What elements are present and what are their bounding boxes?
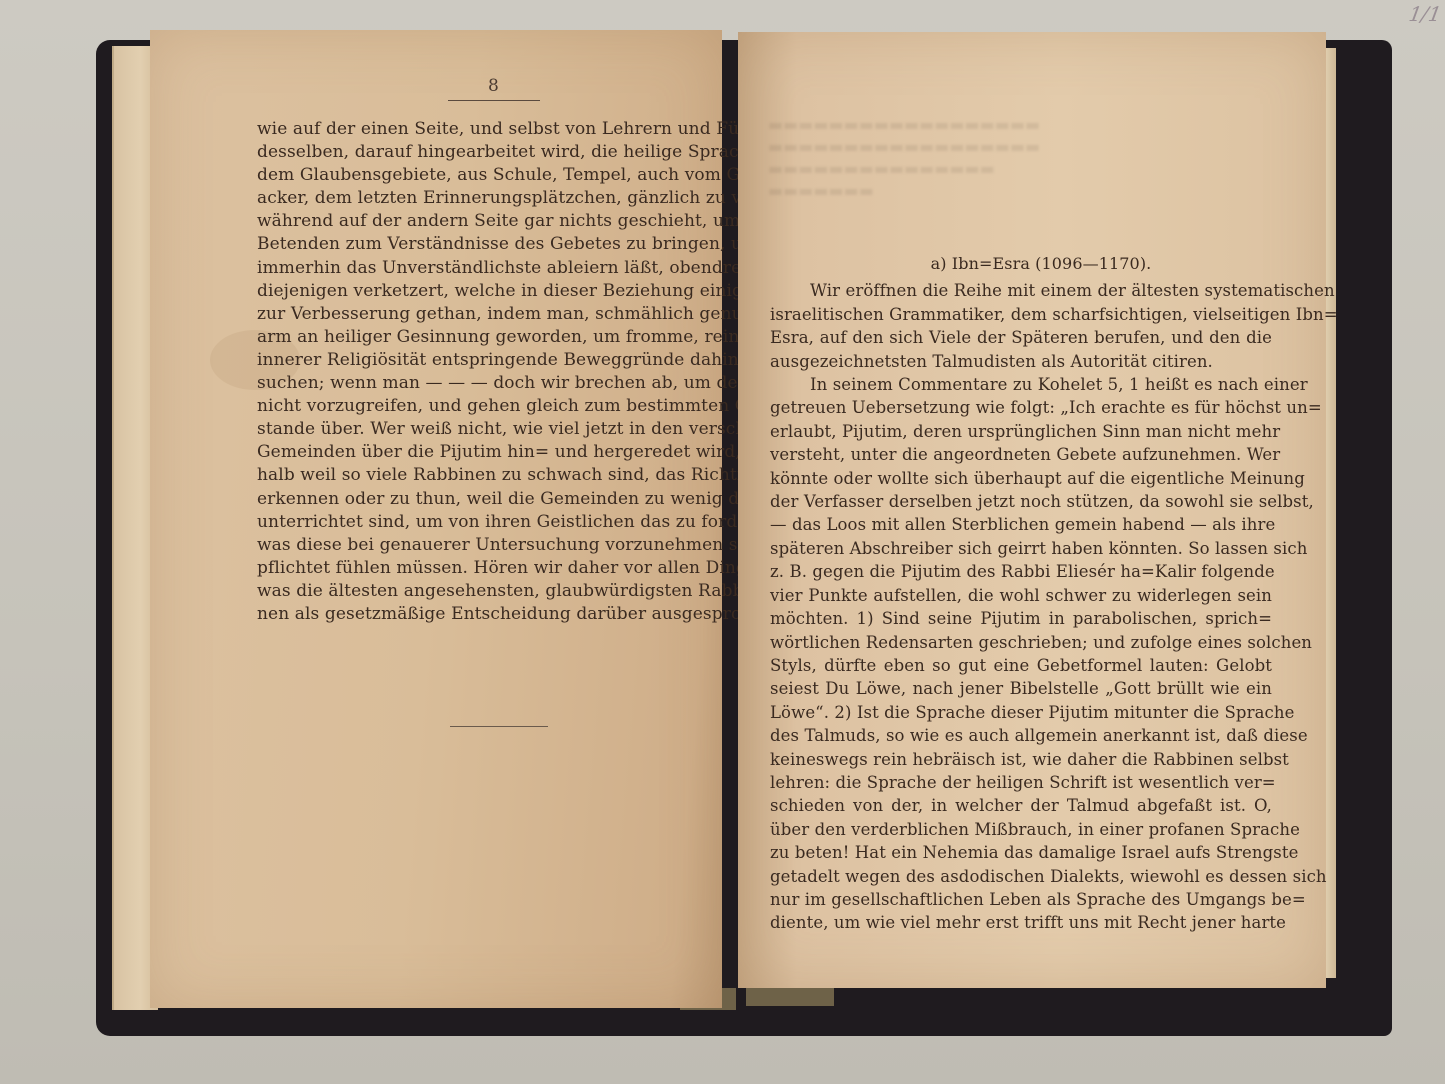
left-page: 8 wie auf der einen Seite, und selbst vo… (150, 30, 722, 1008)
text-line: zur Verbesserung gethan, indem man, schm… (257, 303, 731, 326)
text-line: nicht vorzugreifen, und gehen gleich zum… (257, 395, 731, 418)
text-line: nen als gesetzmäßige Entscheidung darübe… (257, 603, 731, 626)
text-line: innerer Religiösität entspringende Beweg… (257, 349, 731, 372)
text-line: zu beten! Hat ein Nehemia das damalige I… (770, 841, 1272, 864)
text-line: erlaubt, Pijutim, deren ursprünglichen S… (770, 420, 1272, 443)
text-line: wie auf der einen Seite, und selbst von … (257, 118, 731, 141)
section-end-rule (450, 726, 548, 727)
text-line: diente, um wie viel mehr erst trifft uns… (770, 911, 1272, 934)
text-line: nur im gesellschaftlichen Leben als Spra… (770, 888, 1272, 911)
text-line: Wir eröffnen die Reihe mit einem der ält… (770, 279, 1272, 302)
text-line: was diese bei genauerer Untersuchung vor… (257, 534, 731, 557)
text-line: könnte oder wollte sich überhaupt auf di… (770, 467, 1272, 490)
text-line: acker, dem letzten Erinnerungsplätzchen,… (257, 187, 731, 210)
text-line: Betenden zum Verständnisse des Gebetes z… (257, 233, 731, 256)
show-through-text: ▬▬▬▬▬▬▬▬▬▬▬▬▬▬▬▬▬▬▬▬▬▬▬▬▬▬▬▬▬▬▬▬▬▬▬▬▬▬▬▬… (768, 114, 1268, 202)
section-heading: a) Ibn=Esra (1096—1170). (770, 252, 1272, 275)
text-line: über den verderblichen Mißbrauch, in ein… (770, 818, 1272, 841)
page-number: 8 (488, 76, 499, 96)
text-line: späteren Abschreiber sich geirrt haben k… (770, 537, 1272, 560)
text-line: was die ältesten angesehensten, glaubwür… (257, 580, 731, 603)
right-page-text: a) Ibn=Esra (1096—1170). Wir eröffnen di… (770, 252, 1272, 935)
text-line: desselben, darauf hingearbeitet wird, di… (257, 141, 731, 164)
text-line: In seinem Commentare zu Kohelet 5, 1 hei… (770, 373, 1272, 396)
text-line: vier Punkte aufstellen, die wohl schwer … (770, 584, 1272, 607)
text-line: stande über. Wer weiß nicht, wie viel je… (257, 418, 731, 441)
text-line: keineswegs rein hebräisch ist, wie daher… (770, 748, 1272, 771)
text-line: wörtlichen Redensarten geschrieben; und … (770, 631, 1272, 654)
text-line: halb weil so viele Rabbinen zu schwach s… (257, 464, 731, 487)
text-line: — das Loos mit allen Sterblichen gemein … (770, 513, 1272, 536)
text-line: des Talmuds, so wie es auch allgemein an… (770, 724, 1272, 747)
text-line: der Verfasser derselben jetzt noch stütz… (770, 490, 1272, 513)
text-line: ausgezeichnetsten Talmudisten als Autori… (770, 350, 1272, 373)
text-line: Esra, auf den sich Viele der Späteren be… (770, 326, 1272, 349)
right-page: ▬▬▬▬▬▬▬▬▬▬▬▬▬▬▬▬▬▬▬▬▬▬▬▬▬▬▬▬▬▬▬▬▬▬▬▬▬▬▬▬… (738, 32, 1326, 988)
text-line: erkennen oder zu thun, weil die Gemeinde… (257, 488, 731, 511)
text-line: seiest Du Löwe, nach jener Bibelstelle „… (770, 677, 1272, 700)
text-line: möchten. 1) Sind seine Pijutim in parabo… (770, 607, 1272, 630)
text-line: getadelt wegen des asdodischen Dialekts,… (770, 865, 1272, 888)
text-line: Gemeinden über die Pijutim hin= und herg… (257, 441, 731, 464)
text-line: während auf der andern Seite gar nichts … (257, 210, 731, 233)
text-line: diejenigen verketzert, welche in dieser … (257, 280, 731, 303)
text-line: Styls, dürfte eben so gut eine Gebetform… (770, 654, 1272, 677)
text-line: arm an heiliger Gesinnung geworden, um f… (257, 326, 731, 349)
header-rule (448, 100, 540, 101)
text-line: getreuen Uebersetzung wie folgt: „Ich er… (770, 396, 1272, 419)
text-line: suchen; wenn man — — — doch wir brechen … (257, 372, 731, 395)
text-line: Löwe“. 2) Ist die Sprache dieser Pijutim… (770, 701, 1272, 724)
text-line: unterrichtet sind, um von ihren Geistlic… (257, 511, 731, 534)
text-line: z. B. gegen die Pijutim des Rabbi Eliesé… (770, 560, 1272, 583)
text-line: lehren: die Sprache der heiligen Schrift… (770, 771, 1272, 794)
left-page-text: wie auf der einen Seite, und selbst von … (257, 118, 731, 626)
text-line: pflichtet fühlen müssen. Hören wir daher… (257, 557, 731, 580)
text-line: israelitischen Grammatiker, dem scharfsi… (770, 303, 1272, 326)
text-line: schieden von der, in welcher der Talmud … (770, 794, 1272, 817)
text-line: dem Glaubensgebiete, aus Schule, Tempel,… (257, 164, 731, 187)
text-line: immerhin das Unverständlichste ableiern … (257, 257, 731, 280)
text-line: versteht, unter die angeordneten Gebete … (770, 443, 1272, 466)
